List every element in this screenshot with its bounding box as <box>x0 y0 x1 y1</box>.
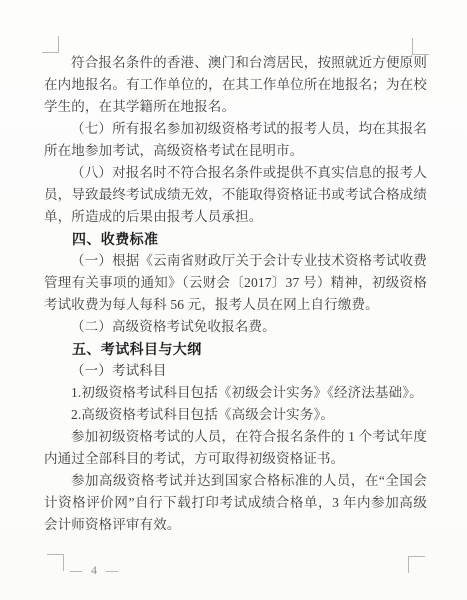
paragraph-senior-pass-rule: 参加高级资格考试并达到国家合格标准的人员，在“全国会计资格评价网”自行下载打印考… <box>44 470 427 536</box>
page-number: — 4 — <box>70 563 121 578</box>
paragraph-junior-subjects: 1.初级资格考试科目包括《初级会计实务》《经济法基础》。 <box>44 382 427 404</box>
document-body: 符合报名条件的香港、澳门和台湾居民，按照就近方便原则在内地报名。有工作单位的，在… <box>44 52 427 536</box>
document-page: 符合报名条件的香港、澳门和台湾居民，按照就近方便原则在内地报名。有工作单位的，在… <box>0 0 467 600</box>
paragraph-senior-fee-waived: （二）高级资格考试免收报名费。 <box>44 316 427 338</box>
paragraph-item-7-exam-location: （七）所有报名参加初级资格考试的报考人员，均在其报名所在地参加考试，高级资格考试… <box>44 118 427 162</box>
paragraph-junior-pass-rule: 参加初级资格考试的人员，在符合报名条件的 1 个考试年度内通过全部科目的考试，方… <box>44 426 427 470</box>
paragraph-senior-subjects: 2.高级资格考试科目包括《高级会计实务》。 <box>44 404 427 426</box>
section-heading-subjects: 五、考试科目与大纲 <box>44 338 427 360</box>
paragraph-hk-mo-tw-residents: 符合报名条件的香港、澳门和台湾居民，按照就近方便原则在内地报名。有工作单位的，在… <box>44 52 427 118</box>
crop-mark-top-left <box>42 36 59 53</box>
section-heading-fees: 四、收费标准 <box>44 228 427 250</box>
subsection-heading-exam-subjects: （一）考试科目 <box>44 360 427 382</box>
crop-mark-bottom-right <box>408 556 425 573</box>
paragraph-item-8-invalid-info: （八）对报名时不符合报名条件或提供不真实信息的报考人员，导致最终考试成绩无效，不… <box>44 162 427 228</box>
crop-mark-bottom-left <box>47 554 64 571</box>
paragraph-fee-basis-56yuan: （一）根据《云南省财政厅关于会计专业技术资格考试收费管理有关事项的通知》（云财会… <box>44 250 427 316</box>
